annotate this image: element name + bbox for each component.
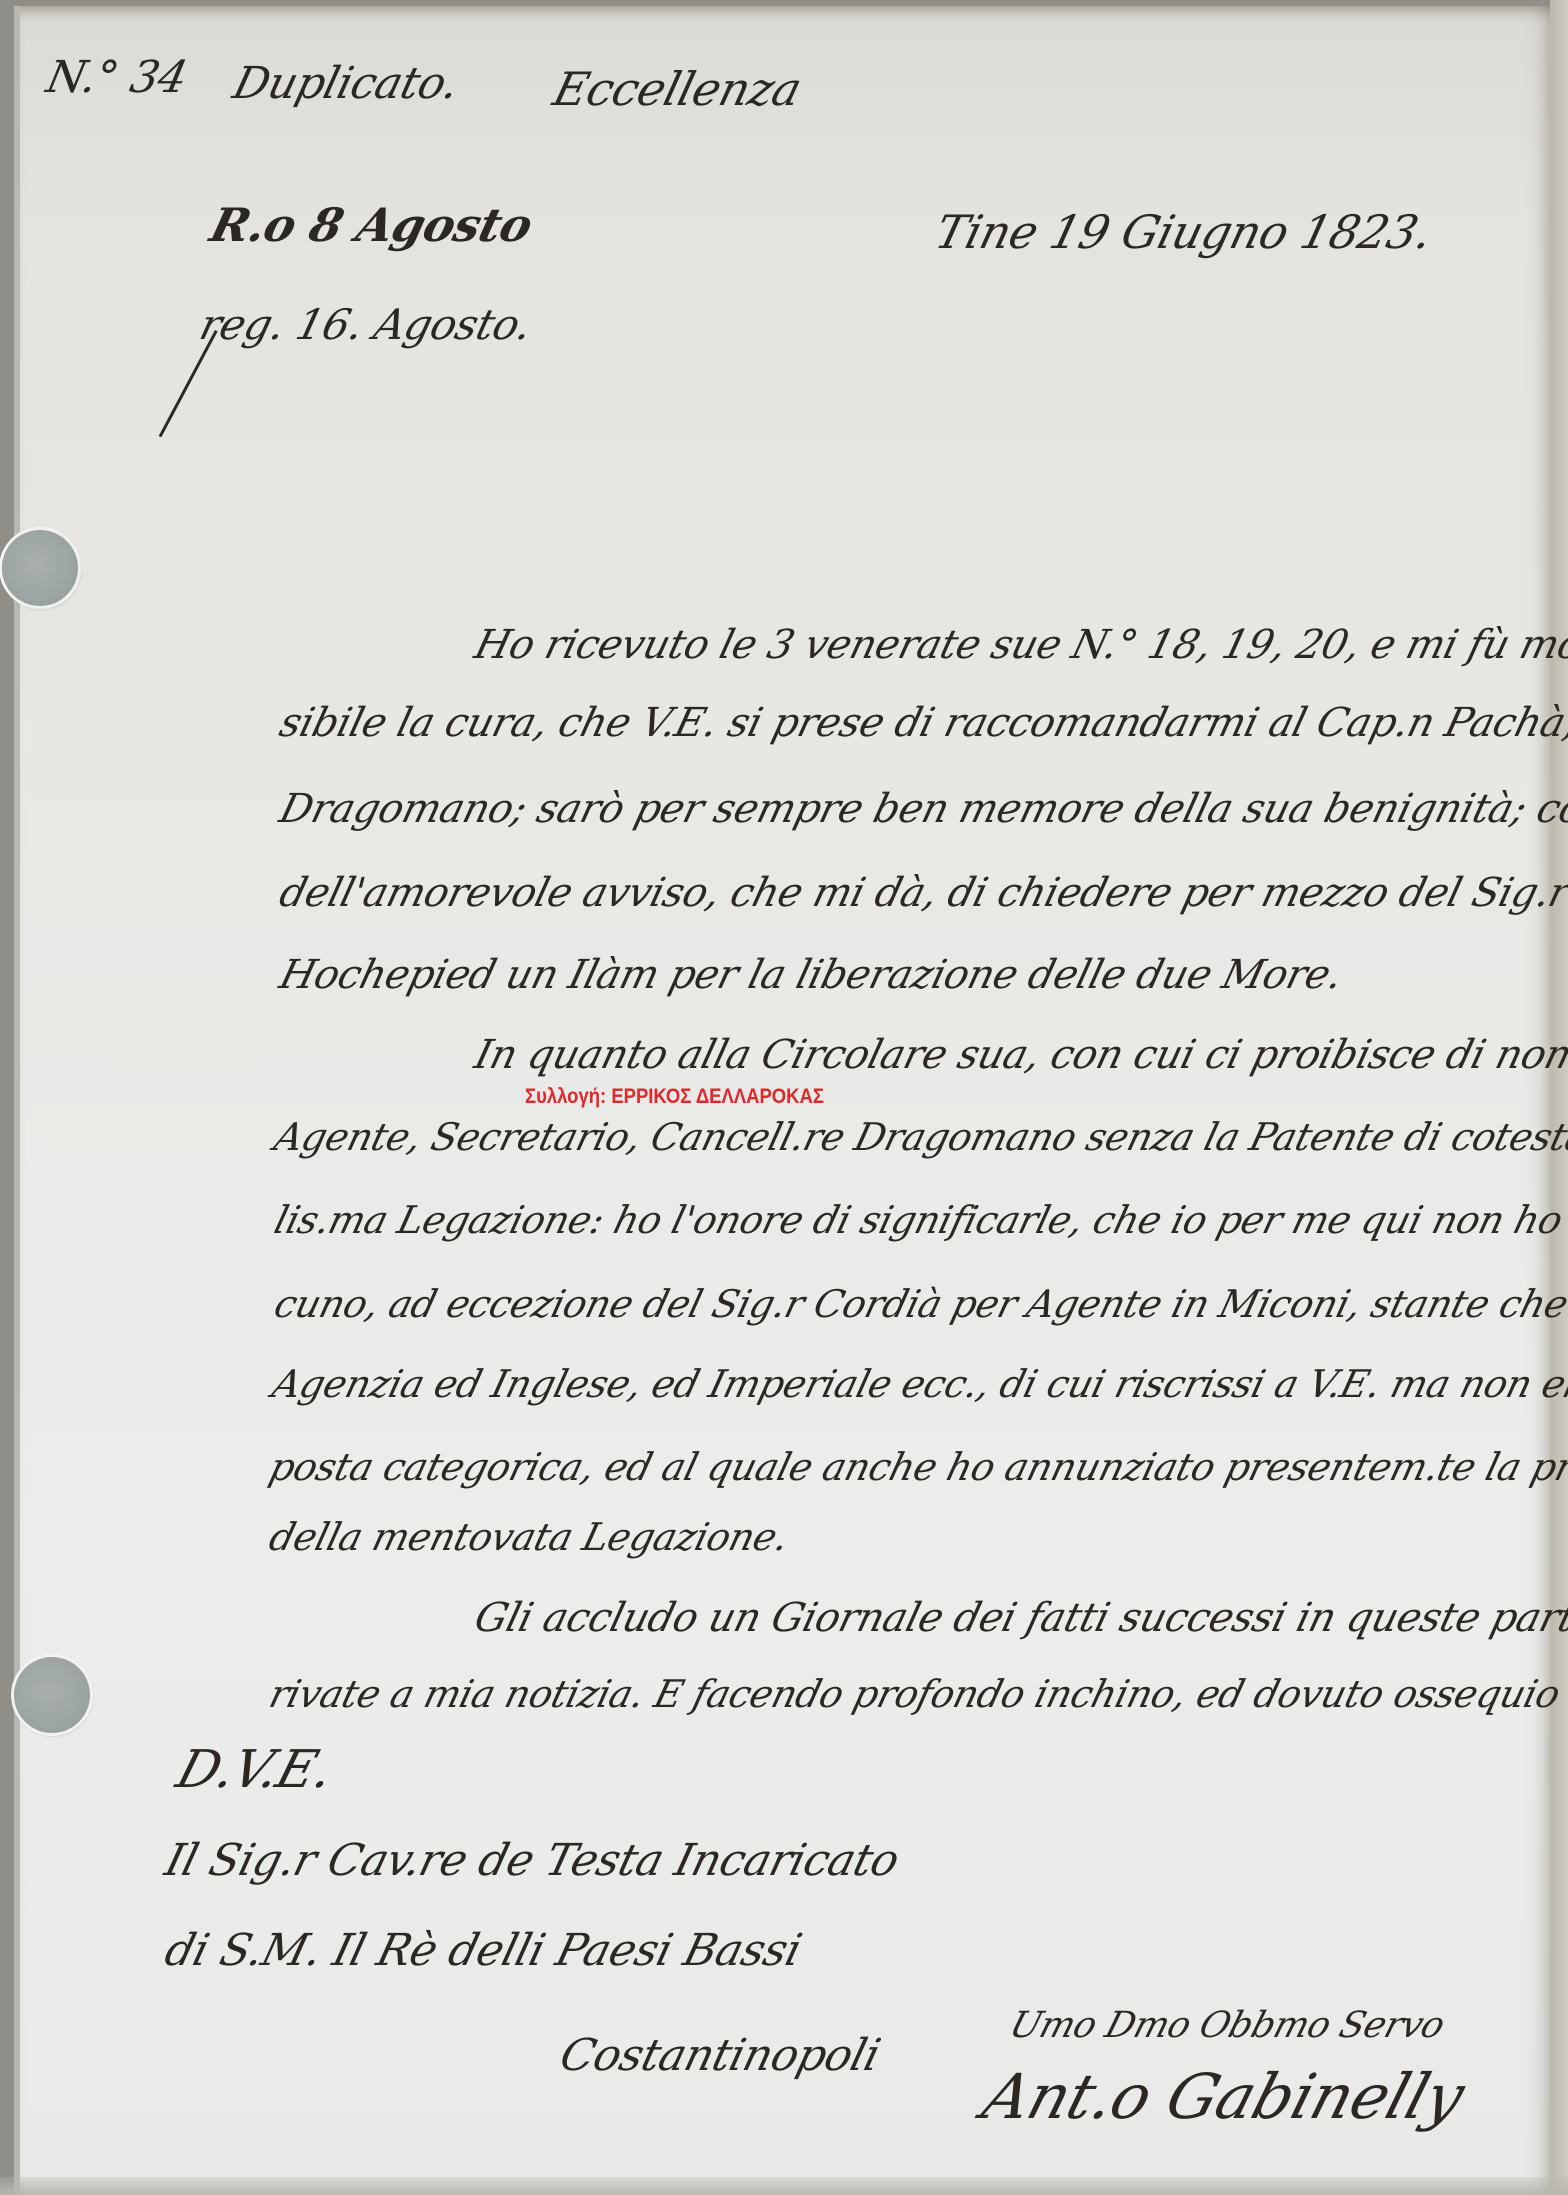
punch-hole-top [2,530,78,606]
body-line-9: cuno, ad eccezione del Sig.r Cordià per … [270,1282,1568,1326]
signature: Ant.o Gabinelly [975,2060,1472,2133]
body-line-7: Agente, Secretario, Cancell.re Dragomano… [270,1115,1568,1159]
body-line-8: lis.ma Legazione: ho l'onore di signific… [270,1198,1568,1242]
punch-hole-bottom [14,1657,90,1733]
body-line-14: rivate a mia notizia. E facendo profondo… [265,1672,1568,1716]
salutation: Eccellenza [548,62,807,116]
body-line-2: sibile la cura, che V.E. si prese di rac… [275,700,1568,746]
page-bottom-edge [0,2177,1568,2195]
body-line-12: della mentovata Legazione. [265,1515,793,1559]
body-line-11: posta categorica, ed al quale anche ho a… [265,1445,1568,1489]
body-line-5: Hochepied un Ilàm per la liberazione del… [275,952,1347,998]
place-date: Tine 19 Giugno 1823. [930,205,1438,259]
body-line-6: In quanto alla Circolare sua, con cui ci… [470,1032,1568,1078]
closing-abbreviation: D.V.E. [170,1740,340,1800]
body-line-4: dell'amorevole avviso, che mi dà, di chi… [275,870,1568,916]
body-line-13: Gli accludo un Giornale dei fatti succes… [470,1595,1568,1641]
addressee-line-1: Il Sig.r Cav.re de Testa Incaricato [160,1835,904,1886]
copy-mark: Duplicato. [228,58,464,109]
addressee-line-2: di S.M. Il Rè delli Paesi Bassi [160,1925,806,1976]
page-right-edge-shadow [1550,0,1568,2195]
valediction: Umo Dmo Obbmo Servo [1005,2005,1449,2046]
body-line-3: Dragomano; sarò per sempre ben memore de… [275,786,1568,832]
body-line-1: Ho ricevuto le 3 venerate sue N.° 18, 19… [470,622,1568,668]
collection-watermark: Συλλογή: ΕΡΡΙΚΟΣ ΔΕΛΛΑΡΟΚΑΣ [525,1085,824,1109]
marginal-note-line1: R.o 8 Agosto [205,198,538,252]
marginal-note-line2: reg. 16. Agosto. [195,300,537,349]
body-line-10: Agenzia ed Inglese, ed Imperiale ecc., d… [268,1362,1568,1406]
addressee-location: Costantinopoli [555,2030,885,2081]
document-number: N.° 34 [42,52,191,103]
